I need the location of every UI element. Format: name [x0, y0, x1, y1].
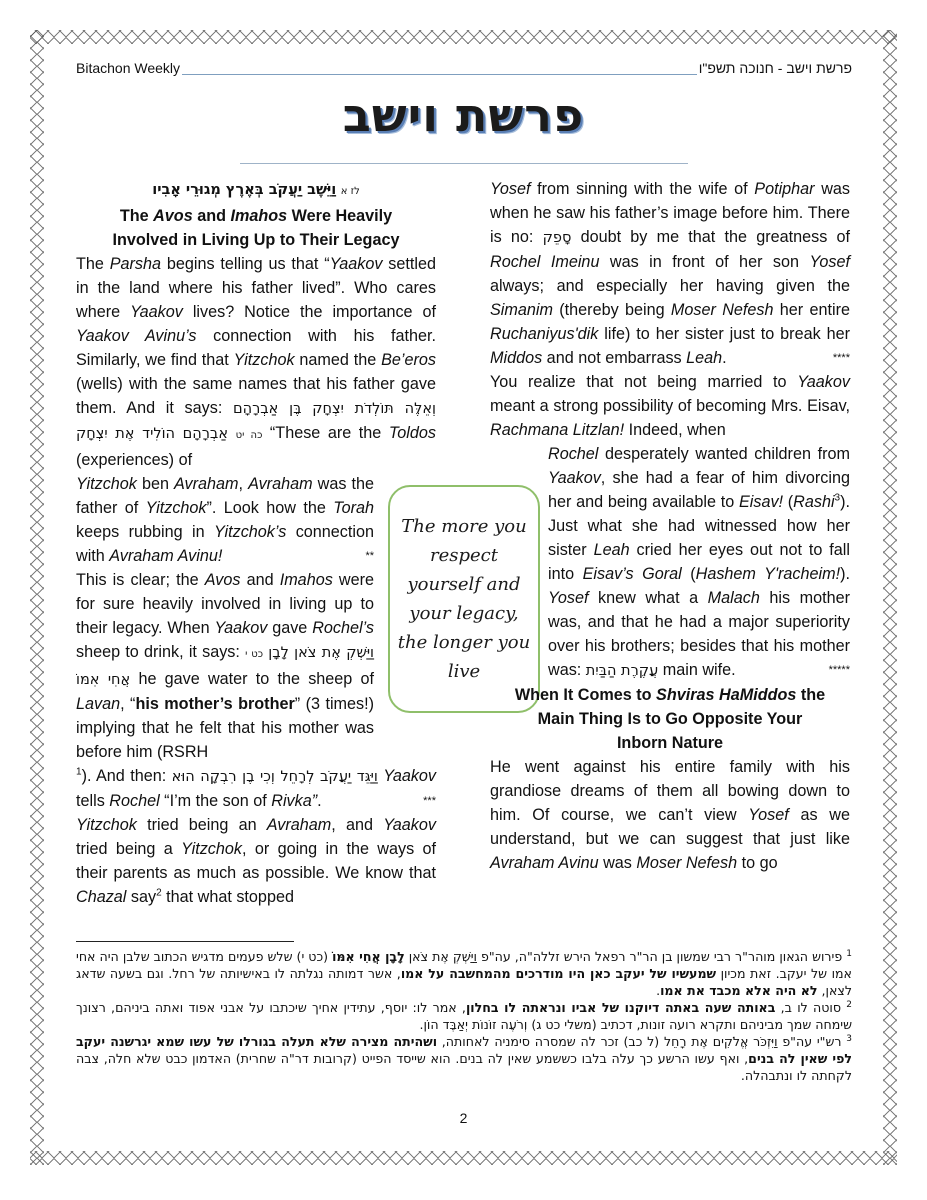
page-number: 2 — [0, 1110, 927, 1126]
hebrew-verse: וַיַּגֵּד יַעֲקֹב לְרָחֵל וְכִי בֶן רִבְ… — [172, 769, 378, 785]
header-rule — [182, 73, 697, 75]
paragraph: He went against his entire family with h… — [490, 755, 850, 875]
footnote-separator — [76, 941, 294, 942]
paragraph: Yitzchok tried being an Avraham, and Yaa… — [76, 813, 436, 909]
footnote-1: 1 פירוש הגאון מוהר"ר רבי שמשון בן הר"ר ר… — [76, 948, 852, 999]
verse-ref: כה יט — [236, 430, 263, 441]
paragraph: This is clear; the Avos and Imahos were … — [76, 568, 374, 764]
section-separator: ** — [365, 544, 374, 568]
paragraph: 1). And then: וַיַּגֵּד יַעֲקֹב לְרָחֵל … — [76, 764, 436, 813]
footnotes: 1 פירוש הגאון מוהר"ר רבי שמשון בן הר"ר ר… — [76, 948, 852, 1084]
section-separator: ***** — [829, 658, 850, 682]
left-column: וַיֵּשֶׁב יַעֲקֹב בְּאֶרֶץ מְגוּרֵי אָבִ… — [76, 177, 436, 909]
border-right — [883, 30, 897, 1165]
section-heading: The Avos and Imahos Were HeavilyInvolved… — [76, 204, 436, 252]
verse-ref: לז א — [341, 186, 360, 197]
paragraph: The Parsha begins telling us that “Yaako… — [76, 252, 436, 472]
footnote-2: 2 סוטה לו ב, באותה שעה באתה דיוקנו של אב… — [76, 999, 852, 1033]
border-bottom — [30, 1151, 897, 1165]
hebrew-verse: וַיֵּשֶׁב יַעֲקֹב בְּאֶרֶץ מְגוּרֵי אָבִ… — [152, 182, 336, 198]
section-separator: *** — [423, 789, 436, 813]
issue-title: פרשת וישב - חנוכה תשפ"ו — [699, 60, 852, 77]
section-separator: **** — [833, 346, 850, 370]
border-top — [30, 30, 897, 44]
publication-name: Bitachon Weekly — [76, 60, 180, 77]
paragraph: You realize that not being married to Ya… — [490, 370, 850, 442]
page-title: פרשת וישב — [0, 88, 927, 142]
title-rule — [240, 163, 688, 164]
right-column: Yosef from sinning with the wife of Poti… — [490, 177, 850, 875]
paragraph: Rochel desperately wanted children from … — [490, 442, 850, 683]
border-left — [30, 30, 44, 1165]
paragraph: Yitzchok ben Avraham, Avraham was the fa… — [76, 472, 374, 568]
footnote-3: 3 רש"י עה"פ וַיִּזְכֹּר אֱלֹקִים אֶת רָח… — [76, 1033, 852, 1084]
page-header: Bitachon Weekly פרשת וישב - חנוכה תשפ"ו — [76, 57, 852, 77]
section-heading: When It Comes to Shviras HaMiddos theMai… — [490, 683, 850, 755]
paragraph: Yosef from sinning with the wife of Poti… — [490, 177, 850, 370]
verse-header: וַיֵּשֶׁב יַעֲקֹב בְּאֶרֶץ מְגוּרֵי אָבִ… — [76, 177, 436, 204]
